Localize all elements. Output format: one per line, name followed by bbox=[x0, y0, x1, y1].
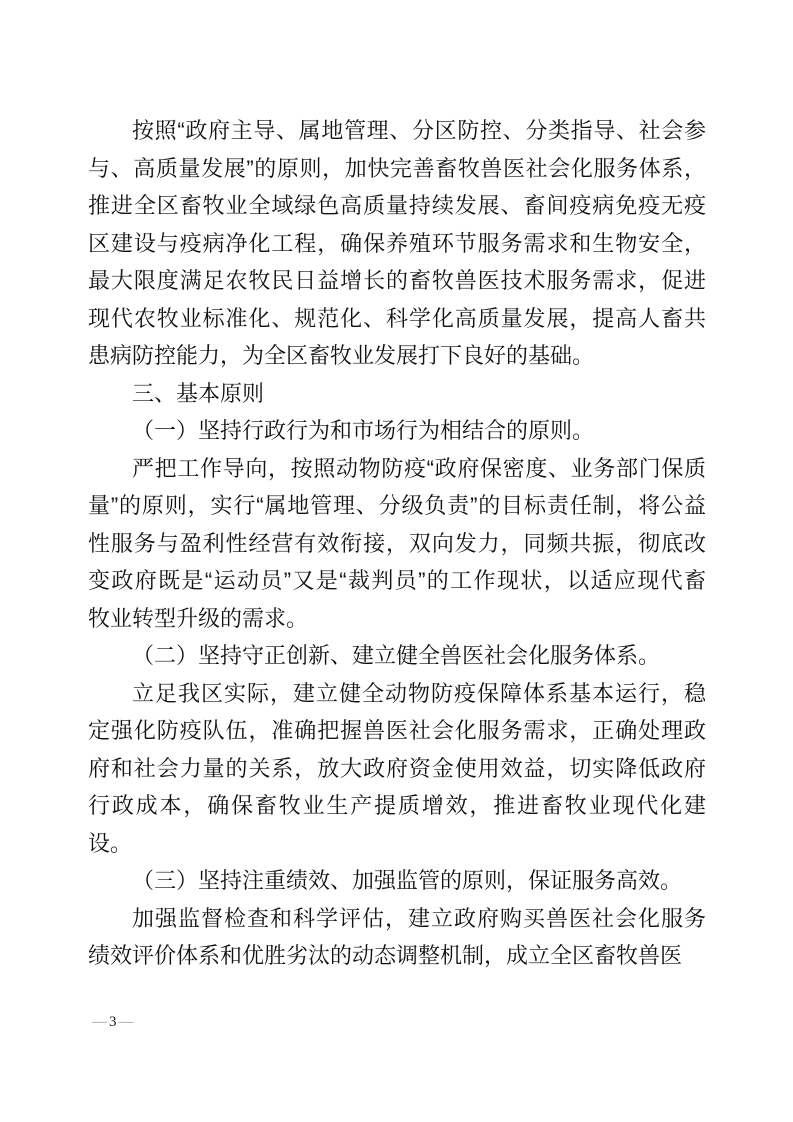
page-number-dash-right: — bbox=[119, 1014, 135, 1030]
text-line: 与、高质量发展”的原则，加快完善畜牧兽医社会化服务体系， bbox=[88, 150, 706, 188]
text-line: 府和社会力量的关系，放大政府资金使用效益，切实降低政府 bbox=[88, 750, 706, 788]
document-page: 按照“政府主导、属地管理、分区防控、分类指导、社会参与、高质量发展”的原则，加快… bbox=[0, 0, 793, 1122]
text-line: 现代农牧业标准化、规范化、科学化高质量发展，提高人畜共 bbox=[88, 300, 706, 338]
subsection-heading: （一）坚持行政行为和市场行为相结合的原则。 bbox=[88, 412, 706, 450]
page-number: 3 bbox=[108, 1014, 119, 1030]
text-line: 最大限度满足农牧民日益增长的畜牧兽医技术服务需求，促进 bbox=[88, 262, 706, 300]
text-line: 推进全区畜牧业全域绿色高质量持续发展、畜间疫病免疫无疫 bbox=[88, 187, 706, 225]
text-line: 严把工作导向，按照动物防疫“政府保密度、业务部门保质 bbox=[88, 450, 706, 488]
text-line: 变政府既是“运动员”又是“裁判员”的工作现状，以适应现代畜 bbox=[88, 562, 706, 600]
page-footer: —3— bbox=[92, 1012, 135, 1032]
text-line: （三）坚持注重绩效、加强监管的原则，保证服务高效。 bbox=[88, 862, 706, 900]
text-line: 区建设与疫病净化工程，确保养殖环节服务需求和生物安全， bbox=[88, 225, 706, 263]
subsection-heading: （二）坚持守正创新、建立健全兽医社会化服务体系。 bbox=[88, 637, 706, 675]
body-paragraph: 立足我区实际，建立健全动物防疫保障体系基本运行，稳定强化防疫队伍，准确把握兽医社… bbox=[88, 675, 706, 863]
section-heading: 三、基本原则 bbox=[88, 375, 706, 413]
text-line: 性服务与盈利性经营有效衔接，双向发力，同频共振，彻底改 bbox=[88, 525, 706, 563]
text-line: （二）坚持守正创新、建立健全兽医社会化服务体系。 bbox=[88, 637, 706, 675]
text-line: 加强监督检查和科学评估，建立政府购买兽医社会化服务 bbox=[88, 900, 706, 938]
body-paragraph: 严把工作导向，按照动物防疫“政府保密度、业务部门保质量”的原则，实行“属地管理、… bbox=[88, 450, 706, 638]
page-number-dash-left: — bbox=[92, 1014, 108, 1030]
text-line: 行政成本，确保畜牧业生产提质增效，推进畜牧业现代化建 bbox=[88, 787, 706, 825]
text-line: 设。 bbox=[88, 825, 706, 863]
text-line: 按照“政府主导、属地管理、分区防控、分类指导、社会参 bbox=[88, 112, 706, 150]
text-line: 绩效评价体系和优胜劣汰的动态调整机制，成立全区畜牧兽医 bbox=[88, 937, 706, 975]
body-paragraph: 加强监督检查和科学评估，建立政府购买兽医社会化服务绩效评价体系和优胜劣汰的动态调… bbox=[88, 900, 706, 975]
subsection-heading: （三）坚持注重绩效、加强监管的原则，保证服务高效。 bbox=[88, 862, 706, 900]
document-body: 按照“政府主导、属地管理、分区防控、分类指导、社会参与、高质量发展”的原则，加快… bbox=[88, 112, 706, 975]
text-line: 牧业转型升级的需求。 bbox=[88, 600, 706, 638]
body-paragraph: 按照“政府主导、属地管理、分区防控、分类指导、社会参与、高质量发展”的原则，加快… bbox=[88, 112, 706, 375]
text-line: 三、基本原则 bbox=[88, 375, 706, 413]
text-line: 立足我区实际，建立健全动物防疫保障体系基本运行，稳 bbox=[88, 675, 706, 713]
text-line: 量”的原则，实行“属地管理、分级负责”的目标责任制，将公益 bbox=[88, 487, 706, 525]
text-line: 定强化防疫队伍，准确把握兽医社会化服务需求，正确处理政 bbox=[88, 712, 706, 750]
text-line: 患病防控能力，为全区畜牧业发展打下良好的基础。 bbox=[88, 337, 706, 375]
text-line: （一）坚持行政行为和市场行为相结合的原则。 bbox=[88, 412, 706, 450]
